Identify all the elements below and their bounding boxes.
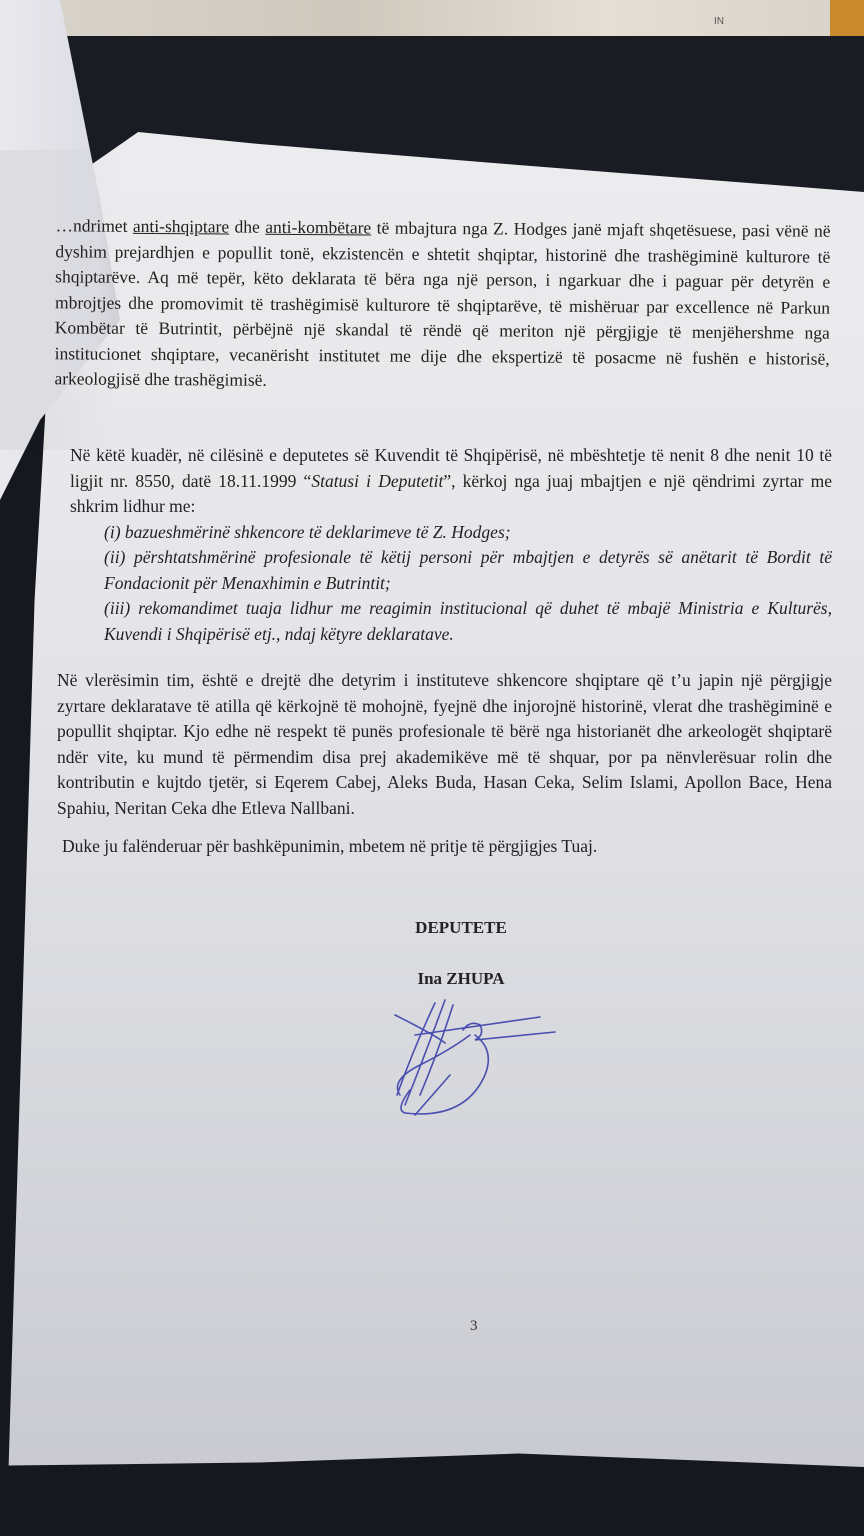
request-item: (ii) përshtatshmërinë profesionale të kë… bbox=[70, 545, 832, 596]
signature-title: DEPUTETE bbox=[0, 918, 864, 938]
desk-object bbox=[830, 0, 864, 40]
signature-icon bbox=[375, 995, 565, 1120]
page-number: 3 bbox=[470, 1318, 478, 1335]
underlined-term: anti-shqiptare bbox=[133, 216, 229, 237]
signatory-name: Ina ZHUPA bbox=[0, 969, 864, 989]
request-item: (i) bazueshmërinë shkencore të deklarime… bbox=[70, 520, 832, 546]
underlined-term: anti-kombëtare bbox=[265, 217, 371, 238]
paragraph-2: Në këtë kuadër, në cilësinë e deputetes … bbox=[70, 443, 832, 647]
background-note-text: NI bbox=[714, 14, 724, 25]
text-fragment: të mbajtura nga Z. Hodges janë mjaft shq… bbox=[54, 218, 830, 390]
text-fragment: dhe bbox=[229, 217, 265, 237]
law-title: Statusi i Deputetit bbox=[311, 471, 443, 491]
closing-line: Duke ju falënderuar për bashkëpunimin, m… bbox=[62, 834, 837, 860]
paragraph-3: Në vlerësimin tim, është e drejtë dhe de… bbox=[57, 668, 832, 821]
paragraph-1: …ndrimet anti-shqiptare dhe anti-kombëta… bbox=[54, 213, 830, 397]
lead-fragment: …ndrimet bbox=[55, 215, 127, 236]
request-item: (iii) rekomandimet tuaja lidhur me reagi… bbox=[70, 596, 832, 647]
